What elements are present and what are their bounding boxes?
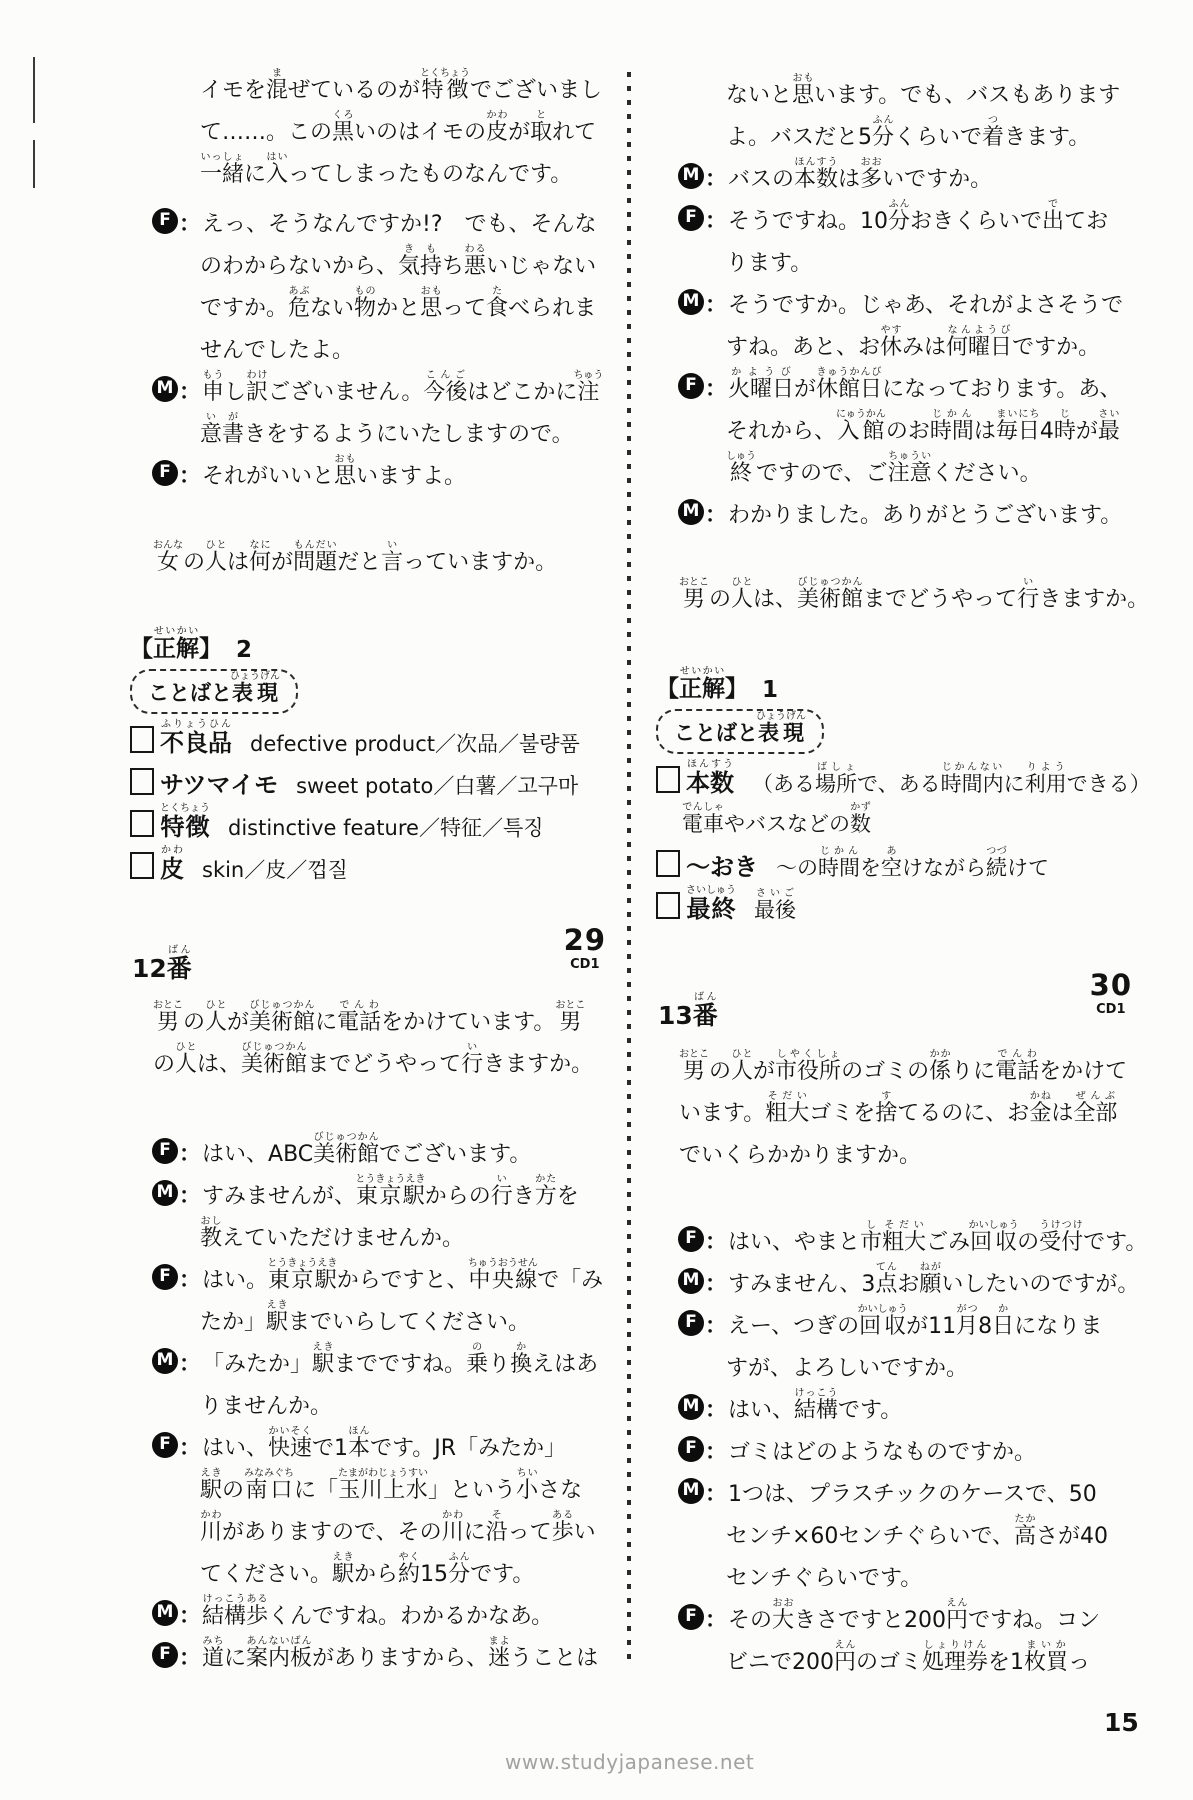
dialogue-line: F：ゴミはどのようなものですか。 [656,1422,1134,1464]
vocab-definition: ～の時間じかんを空あけながら続つづけて [776,846,1049,880]
cd-label: CD1 [1090,1003,1132,1016]
dialogue-turn-F: F：その大おおきさですと200円えんですね。コンビニで200円えんのゴミ処理券し… [656,1590,1134,1674]
dialogue-line: ですか。危あぶない物ものかと思おもって食たべられま [130,278,608,320]
dialogue-line: りませんか。 [130,1376,608,1418]
text-line: て……。この黒くろいのはイモの皮かわが取とれて [130,102,608,144]
speaker-marker-M-icon: M [152,1180,178,1206]
textbook-page: イモを混まぜているのが特徴とくちょうでございまして……。この黒くろいのはイモの皮… [0,0,1193,1800]
dialogue-turn-F: F：えっ、そうなんですか!? でも、そんなのわからないから、気持きもち悪わるいじ… [130,194,608,362]
paragraph: 男おとこの人ひとが美術館びじゅつかんに電話でんわをかけています。男おとこの人ひと… [130,992,608,1076]
speaker-colon: ： [179,1269,201,1292]
dialogue-turn-M: M：1つは、プラスチックのケースで、50センチ×60センチぐらいで、高たかさが4… [656,1464,1134,1590]
dialogue-turn-M: M：申もうし訳わけございません。今後こんごはどこかに注ちゅう意い書がきをするよう… [130,362,608,446]
dialogue-line: F：火曜日かようびが休館日きゅうかんびになっております。あ、 [656,359,1134,401]
text-line: 女おんなの人ひとは何なにが問題もんだいだと言いっていますか。 [130,532,608,574]
speaker-marker-F-icon: F [152,460,178,486]
dialogue-line: F：道みちに案内板あんないばんがありますから、迷まようことは [130,1628,608,1670]
dialogue-turn-F: F：えー、つぎの回収かいしゅうが11月がつ8日かになりますが、よろしいですか。 [656,1296,1134,1380]
vocab-item: 特徴とくちょうdistinctive feature／特征／특징 [130,798,608,840]
section-number: 12番ばん [132,945,192,982]
text-line: の人ひとは、美術館びじゅつかんまでどうやって行いきますか。 [130,1034,608,1076]
column-divider-dotted-line [627,72,631,1664]
dialogue-turn-M: M：バスの本数ほんすうは多おおいですか。 [656,149,1134,191]
speaker-marker-M-icon: M [678,1478,704,1504]
dialogue-line: せんでしたよ。 [130,320,608,362]
dialogue-text: バスの本数ほんすうは多おおいですか。 [728,157,992,191]
cd-track-badge: 29CD1 [564,926,606,971]
dialogue-line: F：はい。東京駅とうきょうえきからですと、中央線ちゅうおうせんで「み [130,1250,608,1292]
dialogue-line: てください。駅えきから約やく15分ふんです。 [130,1544,608,1586]
correct-answer: 【正解せいかい】2 [130,620,608,663]
section-header: 12番ばん29CD1 [130,926,608,982]
speaker-colon: ： [179,1185,201,1208]
speaker-marker-F-icon: F [152,208,178,234]
speaker-colon: ： [705,1609,727,1632]
dialogue-line: すが、よろしいですか。 [656,1338,1134,1380]
speaker-marker-F-icon: F [678,1436,704,1462]
speaker-marker-F-icon: F [678,1310,704,1336]
words-expressions-badge: ことばと表現ひょうげん [656,709,1134,754]
track-number: 30 [1090,971,1132,1000]
dialogue-line: M：そうですか。じゃあ、それがよさそうで [656,275,1134,317]
vocab-item: ～おき～の時間じかんを空あけながら続つづけて [656,838,1134,880]
text-line: 男おとこの人ひとは、美術館びじゅつかんまでどうやって行いきますか。 [656,569,1134,611]
page-number: 15 [1104,1708,1139,1737]
dialogue-text: えっ、そうなんですか!? でも、そんな [202,213,597,236]
dialogue-turn-M: M：すみませんが、東京駅とうきょうえきからの行いき方かたを教おしえていただけませ… [130,1166,608,1250]
dialogue-line: M：すみません、3点てんお願ねがいしたいのですが。 [656,1254,1134,1296]
dialogue-turn-M: M：結構歩けっこうあるくんですね。わかるかなあ。 [130,1586,608,1628]
speaker-colon: ： [179,1647,201,1670]
speaker-colon: ： [179,1437,201,1460]
dialogue-text: はい、ABC美術館びじゅつかんでございます。 [202,1132,531,1166]
vocab-definition: skin／皮／껍질 [202,858,348,882]
vocab-definition: distinctive feature／特征／특징 [228,816,544,840]
vocab-checkbox [656,850,680,877]
vocab-definition-continued: 電車でんしゃやバスなどの数かず [656,796,1134,838]
paragraph-continuation: イモを混まぜているのが特徴とくちょうでございまして……。この黒くろいのはイモの皮… [130,60,608,186]
column-right: ないと思おもいます。でも、バスもありますよ。バスだと5分ふんくらいで着つきます。… [656,60,1134,1674]
speaker-colon: ： [705,210,727,233]
dialogue-text: 結構歩けっこうあるくんですね。わかるかなあ。 [202,1594,553,1628]
vocab-item: サツマイモsweet potato／白薯／고구마 [130,756,608,798]
paragraph: 女おんなの人ひとは何なにが問題もんだいだと言いっていますか。 [130,532,608,574]
dialogue-line: 意い書がきをするようにいたしますので。 [130,404,608,446]
dialogue-turn-F: F：はい、やまと市し粗大そだいごみ回収かいしゅうの受付うけつけです。 [656,1212,1134,1254]
dialogue-line: 教おしえていただけませんか。 [130,1208,608,1250]
dialogue-turn-M: M：そうですか。じゃあ、それがよさそうですね。あと、お休やすみは何曜日なんようび… [656,275,1134,359]
dialogue-line: M：申もうし訳わけございません。今後こんごはどこかに注ちゅう [130,362,608,404]
answer-number: 1 [762,677,778,703]
dialogue-text: はい、快速かいそくで1本ほんです。JR「みたか」 [202,1426,566,1460]
dialogue-text: えー、つぎの回収かいしゅうが11月がつ8日かになりま [728,1304,1102,1338]
speaker-colon: ： [705,1231,727,1254]
dialogue-text: 「みたか」駅えきまでですね。乗のり換かえはあ [202,1342,598,1376]
vocab-item: 皮かわskin／皮／껍질 [130,840,608,882]
dialogue-turn-F: F：それがいいと思おもいますよ。 [130,446,608,488]
dialogue-turn-F: F：ゴミはどのようなものですか。 [656,1422,1134,1464]
binding-mark [33,57,35,123]
vocabulary-list: 不良品ふりょうひんdefective product／次品／불량품サツマイモsw… [130,714,608,882]
speaker-marker-F-icon: F [152,1642,178,1668]
vocab-checkbox [130,852,154,879]
speaker-marker-M-icon: M [152,376,178,402]
text-line: ないと思おもいます。でも、バスもあります [656,65,1134,107]
dialogue-line: M：すみませんが、東京駅とうきょうえきからの行いき方かたを [130,1166,608,1208]
dialogue-line: F：そうですね。10分ふんおきくらいで出でてお [656,191,1134,233]
badge-label: ことばと表現ひょうげん [656,709,824,754]
dialogue-line: M：わかりました。ありがとうございます。 [656,485,1134,527]
dialogue-turn-F: F：そうですね。10分ふんおきくらいで出でております。 [656,191,1134,275]
dialogue-line: F：はい、やまと市し粗大そだいごみ回収かいしゅうの受付うけつけです。 [656,1212,1134,1254]
dialogue-line: M：1つは、プラスチックのケースで、50 [656,1464,1134,1506]
text-line: います。粗大そだいゴミを捨すてるのに、お金かねは全部ぜんぶ [656,1083,1134,1125]
vocab-definition: 最後さいご [754,888,796,922]
dialogue-text: はい、結構けっこうです。 [728,1388,902,1422]
cd-label: CD1 [564,958,606,971]
dialogue-line: F：えー、つぎの回収かいしゅうが11月がつ8日かになりま [656,1296,1134,1338]
dialogue-text: そうですか。じゃあ、それがよさそうで [728,294,1123,317]
vocab-term: 皮かわ [160,845,184,882]
speaker-colon: ： [705,1441,727,1464]
speaker-marker-F-icon: F [678,1226,704,1252]
dialogue-line: F：はい、快速かいそくで1本ほんです。JR「みたか」 [130,1418,608,1460]
cd-track-badge: 30CD1 [1090,971,1132,1016]
speaker-marker-M-icon: M [678,1268,704,1294]
dialogue-line: すね。あと、お休やすみは何曜日なんようびですか。 [656,317,1134,359]
dialogue-text: すみません、3点てんお願ねがいしたいのですが。 [728,1262,1139,1296]
dialogue-line: M：バスの本数ほんすうは多おおいですか。 [656,149,1134,191]
speaker-marker-M-icon: M [152,1348,178,1374]
vocab-term: 特徴とくちょう [160,803,210,840]
dialogue-line: M：はい、結構けっこうです。 [656,1380,1134,1422]
dialogue-text: 申もうし訳わけございません。今後こんごはどこかに注ちゅう [202,370,603,404]
track-number: 29 [564,926,606,955]
dialogue-text: それがいいと思おもいますよ。 [202,454,466,488]
text-line: イモを混まぜているのが特徴とくちょうでございまし [130,60,608,102]
vocab-item: 不良品ふりょうひんdefective product／次品／불량품 [130,714,608,756]
section-header: 13番ばん30CD1 [656,971,1134,1029]
speaker-colon: ： [179,1605,201,1628]
dialogue-turn-F: F：火曜日かようびが休館日きゅうかんびになっております。あ、それから、入館にゅう… [656,359,1134,485]
vocab-checkbox [130,768,154,795]
dialogue-turn-F: F：はい。東京駅とうきょうえきからですと、中央線ちゅうおうせんで「みたか」駅えき… [130,1250,608,1334]
dialogue-turn-M: M：「みたか」駅えきまでですね。乗のり換かえはありませんか。 [130,1334,608,1418]
vocabulary-list: 本数ほんすう（ある場所ばしょで、ある時間内じかんないに利用りようできる）電車でん… [656,754,1134,922]
section-number: 13番ばん [658,992,718,1029]
text-line: でいくらかかりますか。 [656,1125,1134,1167]
vocab-term: ～おき [686,855,758,880]
vocab-definition: defective product／次品／불량품 [250,732,580,756]
speaker-marker-M-icon: M [678,289,704,315]
vocab-checkbox [130,810,154,837]
dialogue-text: その大おおきさですと200円えんですね。コン [728,1598,1100,1632]
vocab-definition: sweet potato／白薯／고구마 [296,774,578,798]
speaker-marker-F-icon: F [678,205,704,231]
vocab-term: サツマイモ [160,773,278,798]
speaker-colon: ： [705,1483,727,1506]
dialogue-line: それから、入館にゅうかんのお時間じかんは毎日まいにち4時じが最さい [656,401,1134,443]
words-expressions-badge: ことばと表現ひょうげん [130,669,608,714]
column-left: イモを混まぜているのが特徴とくちょうでございまして……。この黒くろいのはイモの皮… [130,60,608,1670]
speaker-marker-M-icon: M [152,1600,178,1626]
badge-label: ことばと表現ひょうげん [130,669,298,714]
speaker-marker-M-icon: M [678,1394,704,1420]
binding-mark [33,140,35,188]
speaker-colon: ： [705,1399,727,1422]
dialogue-turn-F: F：はい、ABC美術館びじゅつかんでございます。 [130,1124,608,1166]
dialogue-line: M：結構歩けっこうあるくんですね。わかるかなあ。 [130,1586,608,1628]
dialogue-line: 終しゅうですので、ご注意ちゅういください。 [656,443,1134,485]
dialogue-text: はい。東京駅とうきょうえきからですと、中央線ちゅうおうせんで「み [202,1258,603,1292]
speaker-marker-F-icon: F [152,1264,178,1290]
paragraph-continuation: ないと思おもいます。でも、バスもありますよ。バスだと5分ふんくらいで着つきます。 [656,65,1134,149]
speaker-marker-F-icon: F [678,373,704,399]
dialogue-line: ります。 [656,233,1134,275]
answer-label: 【正解せいかい】 [130,626,222,663]
dialogue-text: そうですね。10分ふんおきくらいで出でてお [728,199,1108,233]
answer-number: 2 [236,637,252,663]
vocab-checkbox [130,726,154,753]
dialogue-line: のわからないから、気持きもち悪わるいじゃない [130,236,608,278]
watermark: www.studyjapanese.net [505,1750,754,1774]
dialogue-line: F：その大おおきさですと200円えんですね。コン [656,1590,1134,1632]
speaker-colon: ： [179,213,201,236]
speaker-colon: ： [705,504,727,527]
dialogue-line: 川かわがありますので、その川かわに沿そって歩あるい [130,1502,608,1544]
speaker-colon: ： [705,168,727,191]
dialogue-line: F：えっ、そうなんですか!? でも、そんな [130,194,608,236]
dialogue-line: たか」駅えきまでいらしてください。 [130,1292,608,1334]
vocab-definition: （ある場所ばしょで、ある時間内じかんないに利用りようできる） [752,762,1151,796]
speaker-colon: ： [705,1273,727,1296]
speaker-marker-M-icon: M [678,499,704,525]
dialogue-text: 火曜日かようびが休館日きゅうかんびになっております。あ、 [728,367,1121,401]
dialogue-line: M：「みたか」駅えきまでですね。乗のり換かえはあ [130,1334,608,1376]
dialogue-line: F：それがいいと思おもいますよ。 [130,446,608,488]
speaker-colon: ： [179,465,201,488]
speaker-colon: ： [179,1353,201,1376]
dialogue-text: すみませんが、東京駅とうきょうえきからの行いき方かたを [202,1174,579,1208]
dialogue-turn-F: F：道みちに案内板あんないばんがありますから、迷まようことは [130,1628,608,1670]
dialogue-text: ゴミはどのようなものですか。 [728,1441,1036,1464]
paragraph: 男おとこの人ひとは、美術館びじゅつかんまでどうやって行いきますか。 [656,569,1134,611]
correct-answer: 【正解せいかい】1 [656,660,1134,703]
text-line: よ。バスだと5分ふんくらいで着つきます。 [656,107,1134,149]
vocab-item: 最終さいしゅう最後さいご [656,880,1134,922]
dialogue-text: はい、やまと市し粗大そだいごみ回収かいしゅうの受付うけつけです。 [728,1220,1147,1254]
vocab-term: 最終さいしゅう [686,885,736,922]
vocab-checkbox [656,892,680,919]
dialogue-line: 駅えきの南口みなみぐちに「玉川上水たまがわじょうすい」という小ちいさな [130,1460,608,1502]
dialogue-text: 1つは、プラスチックのケースで、50 [728,1483,1097,1506]
vocab-term: 本数ほんすう [686,759,734,796]
dialogue-line: センチぐらいです。 [656,1548,1134,1590]
dialogue-line: センチ×60センチぐらいで、高たかさが40 [656,1506,1134,1548]
speaker-marker-F-icon: F [152,1432,178,1458]
text-line: 男おとこの人ひとが市役所しやくしょのゴミの係かかりに電話でんわをかけて [656,1041,1134,1083]
vocab-term: 不良品ふりょうひん [160,719,232,756]
dialogue-turn-M: M：すみません、3点てんお願ねがいしたいのですが。 [656,1254,1134,1296]
text-line: 一緒いっしょに入はいってしまったものなんです。 [130,144,608,186]
vocab-checkbox [656,766,680,793]
vocab-item: 本数ほんすう（ある場所ばしょで、ある時間内じかんないに利用りようできる） [656,754,1134,796]
text-line: 男おとこの人ひとが美術館びじゅつかんに電話でんわをかけています。男おとこ [130,992,608,1034]
dialogue-turn-M: M：わかりました。ありがとうございます。 [656,485,1134,527]
paragraph: 男おとこの人ひとが市役所しやくしょのゴミの係かかりに電話でんわをかけています。粗… [656,1041,1134,1167]
speaker-colon: ： [705,378,727,401]
dialogue-line: ビニで200円えんのゴミ処理券しょりけんを1枚買まいかっ [656,1632,1134,1674]
dialogue-text: 道みちに案内板あんないばんがありますから、迷まようことは [202,1636,598,1670]
speaker-marker-F-icon: F [152,1138,178,1164]
dialogue-line: F：はい、ABC美術館びじゅつかんでございます。 [130,1124,608,1166]
speaker-colon: ： [705,1315,727,1338]
dialogue-turn-F: F：はい、快速かいそくで1本ほんです。JR「みたか」駅えきの南口みなみぐちに「玉… [130,1418,608,1586]
speaker-marker-F-icon: F [678,1604,704,1630]
speaker-marker-M-icon: M [678,163,704,189]
speaker-colon: ： [179,381,201,404]
speaker-colon: ： [179,1143,201,1166]
dialogue-turn-M: M：はい、結構けっこうです。 [656,1380,1134,1422]
dialogue-text: わかりました。ありがとうございます。 [728,504,1122,527]
speaker-colon: ： [705,294,727,317]
answer-label: 【正解せいかい】 [656,666,748,703]
